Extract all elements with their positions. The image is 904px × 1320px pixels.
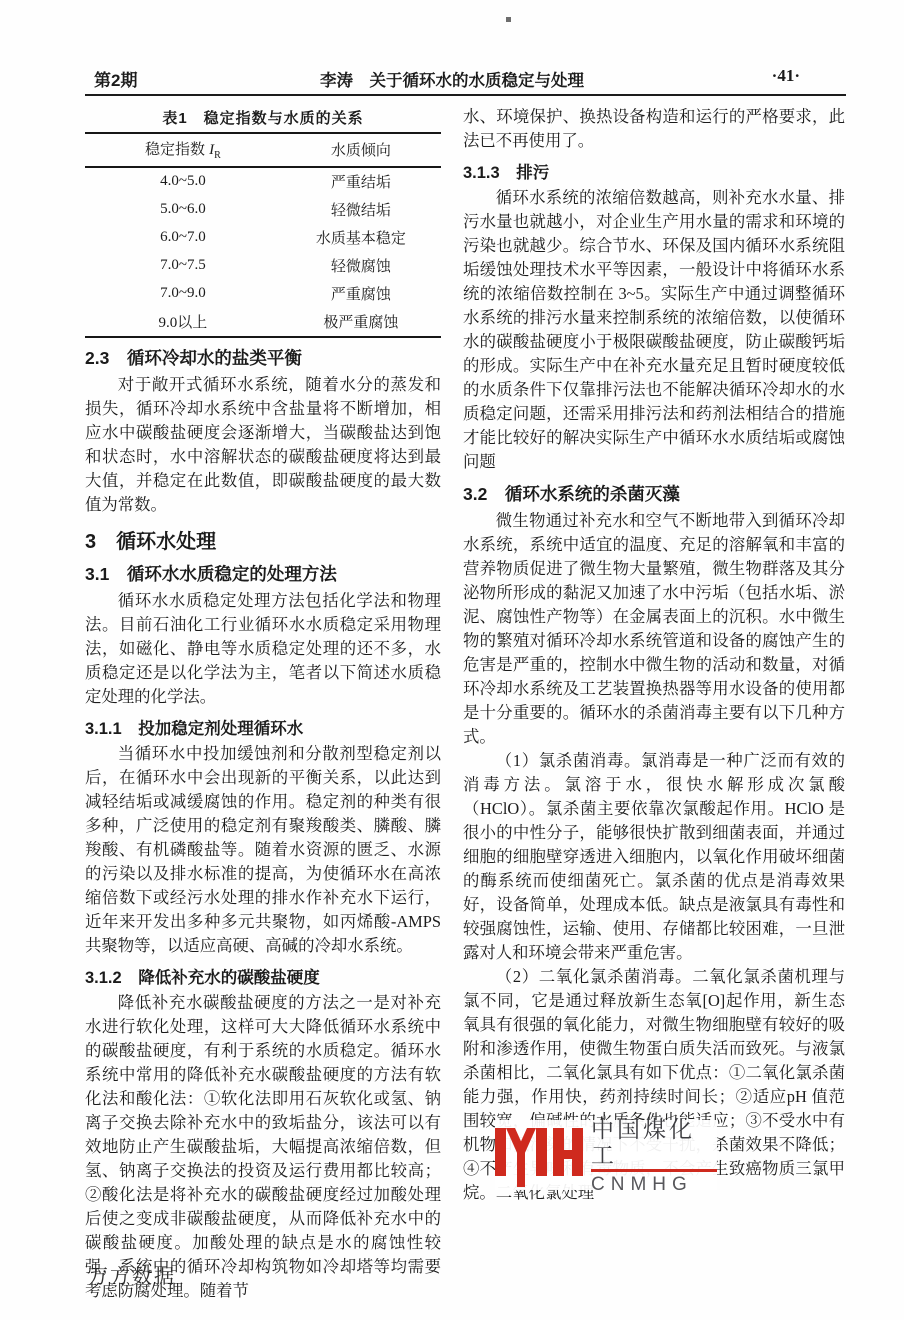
table-cell: 4.0~5.0	[85, 167, 281, 196]
watermark-brand-en: CNMHG	[591, 1175, 717, 1195]
table-cell: 水质基本稳定	[281, 224, 441, 252]
table-cell: 7.0~7.5	[85, 252, 281, 280]
paragraph-3-1: 循环水水质稳定处理方法包括化学法和物理法。目前石油化工行业循环水水质稳定采用物理…	[85, 589, 441, 709]
table-row: 7.0~9.0 严重腐蚀	[85, 280, 441, 308]
table-row: 4.0~5.0 严重结垢	[85, 167, 441, 196]
table-cell: 严重结垢	[281, 167, 441, 196]
scan-artifact-dot	[506, 17, 511, 22]
table1-caption: 表1 稳定指数与水质的关系	[85, 107, 441, 128]
heading-2-3: 2.3 循环冷却水的盐类平衡	[85, 345, 441, 370]
header-running-title: 李涛 关于循环水的水质稳定与处理	[0, 67, 904, 91]
heading-3-1-3: 3.1.3 排污	[463, 159, 845, 183]
paragraph-3-2: 微生物通过补充水和空气不断地带入到循环冷却水系统，系统中适宜的温度、充足的溶解氧…	[463, 509, 845, 749]
paragraph-chlorine: （1）氯杀菌消毒。氯消毒是一种广泛而有效的消毒方法。氯溶于水，很快水解形成次氯酸…	[463, 749, 845, 965]
paragraph-carryover: 水、环境保护、换热设备构造和运行的严格要求，此法已不再使用了。	[463, 105, 845, 153]
table-cell: 轻微结垢	[281, 196, 441, 224]
table-col1-symbol: I	[205, 142, 214, 158]
table-row: 9.0以上 极严重腐蚀	[85, 308, 441, 337]
heading-3-1: 3.1 循环水水质稳定的处理方法	[85, 561, 441, 586]
table-col2-header: 水质倾向	[281, 133, 441, 167]
watermark-text-block: 中国煤化工 CNMHG	[591, 1116, 717, 1195]
stability-index-table: 稳定指数IR 水质倾向 4.0~5.0 严重结垢 5.0~6.0 轻微结垢 6.…	[85, 132, 441, 338]
coal-chem-watermark: 中国煤化工 CNMHG	[495, 1120, 717, 1190]
heading-3: 3 循环水处理	[85, 525, 441, 554]
watermark-rule	[591, 1169, 717, 1172]
paragraph-3-1-3: 循环水系统的浓缩倍数越高，则补充水水量、排污水量也就越小，对企业生产用水量的需求…	[463, 186, 845, 474]
table-cell: 轻微腐蚀	[281, 252, 441, 280]
table-col1-label: 稳定指数	[145, 142, 205, 158]
paragraph-3-1-2: 降低补充水碳酸盐硬度的方法之一是对补充水进行软化处理，这样可大大降低循环水系统中…	[85, 991, 441, 1303]
table-col1-header: 稳定指数IR	[85, 133, 281, 167]
header-rule	[85, 94, 846, 96]
coal-chem-logo-icon	[495, 1123, 583, 1187]
left-column: 表1 稳定指数与水质的关系 稳定指数IR 水质倾向 4.0~5.0 严重结垢 5…	[85, 105, 441, 1303]
heading-3-1-1: 3.1.1 投加稳定剂处理循环水	[85, 715, 441, 739]
table-row: 7.0~7.5 轻微腐蚀	[85, 252, 441, 280]
right-column: 水、环境保护、换热设备构造和运行的严格要求，此法已不再使用了。 3.1.3 排污…	[463, 105, 845, 1205]
table-cell: 极严重腐蚀	[281, 308, 441, 337]
journal-page: 第2期 李涛 关于循环水的水质稳定与处理 ·41· 表1 稳定指数与水质的关系 …	[0, 0, 904, 1320]
table-cell: 7.0~9.0	[85, 280, 281, 308]
paragraph-3-1-1: 当循环水中投加缓蚀剂和分散剂型稳定剂以后，在循环水中会出现新的平衡关系，以此达到…	[85, 742, 441, 958]
table-col1-subscript: R	[214, 150, 221, 161]
table-row: 6.0~7.0 水质基本稳定	[85, 224, 441, 252]
table-cell: 9.0以上	[85, 308, 281, 337]
header-page-number: ·41·	[772, 66, 800, 86]
wanfang-data-mark: 万方数据	[88, 1260, 176, 1289]
heading-3-1-2: 3.1.2 降低补充水的碳酸盐硬度	[85, 964, 441, 988]
table-header-row: 稳定指数IR 水质倾向	[85, 133, 441, 167]
table-cell: 5.0~6.0	[85, 196, 281, 224]
watermark-brand-cn: 中国煤化工	[591, 1116, 717, 1168]
paragraph-2-3: 对于敞开式循环水系统，随着水分的蒸发和损失，循环冷却水系统中含盐量将不断增加，相…	[85, 373, 441, 517]
table-cell: 6.0~7.0	[85, 224, 281, 252]
table-row: 5.0~6.0 轻微结垢	[85, 196, 441, 224]
heading-3-2: 3.2 循环水系统的杀菌灭藻	[463, 481, 845, 506]
table-cell: 严重腐蚀	[281, 280, 441, 308]
